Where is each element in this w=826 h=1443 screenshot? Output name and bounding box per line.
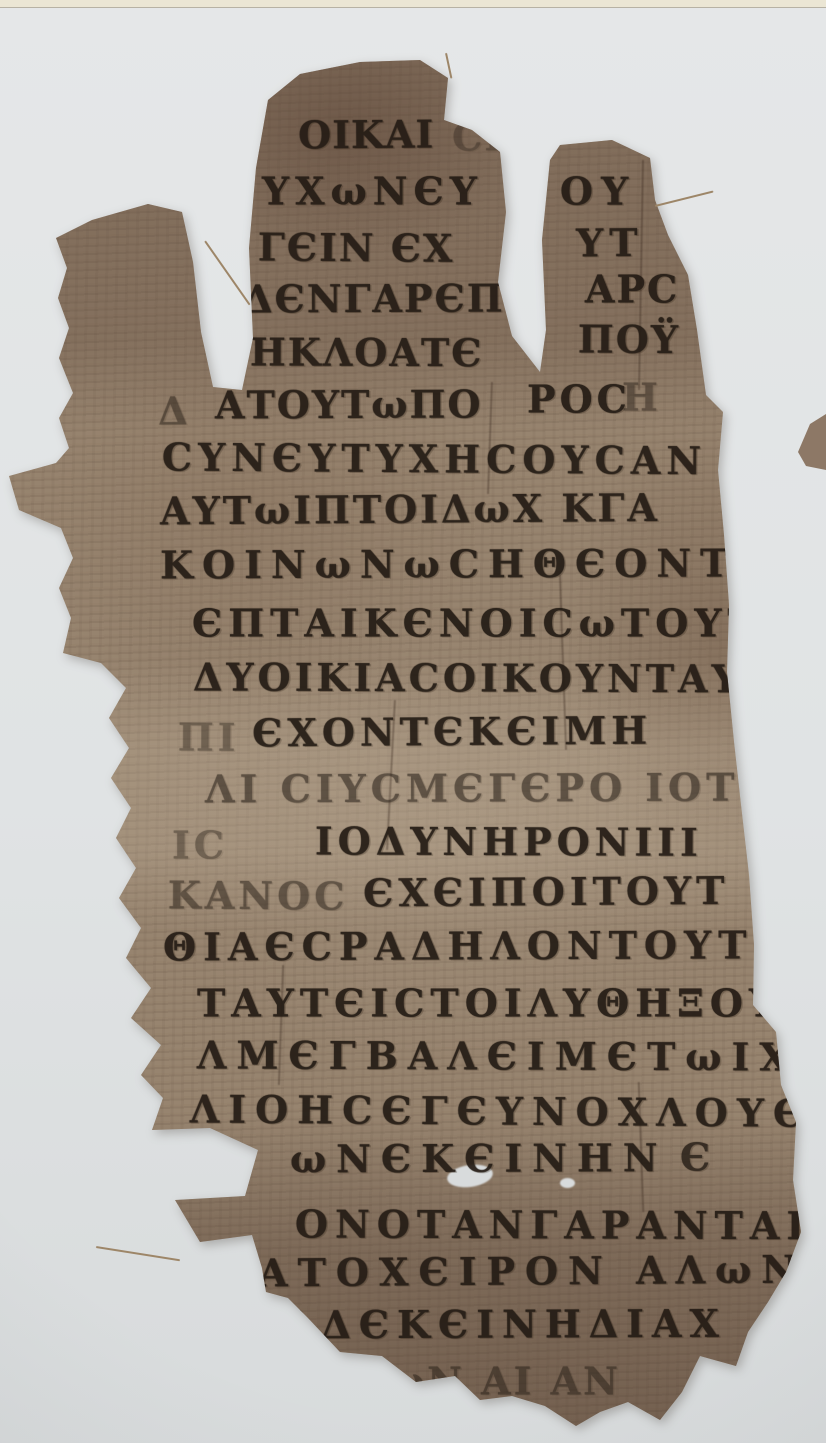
text-line-23: ΙC (172, 826, 228, 865)
text-line-20: ΠΙ (178, 718, 240, 757)
text-line-21: ЄΧΟΝΤЄΚЄΙΜΗ (252, 711, 652, 753)
text-line-37: ΙΑΔЄΚЄΙΝΗΔΙΑΧ (258, 1304, 727, 1344)
text-line-24: ΙΟΔΥΝΗΡΟΝΙΙΙ (315, 822, 703, 862)
text-line-4: ΟΥ (560, 172, 636, 211)
text-line-33: Є (680, 1138, 712, 1177)
text-line-18: ЄΠΤΑΙΚЄΝΟΙCωΤΟΥΤ (192, 604, 762, 643)
text-line-25: ΚΑΝΟC (168, 876, 349, 916)
text-line-30: ΛΙΟΗCЄΓЄΥΝΟΧΛΟΥЄ (190, 1090, 813, 1133)
text-line-10: ΠΟΫ (578, 320, 680, 359)
text-line-17: ΚΟΙΝωΝωCΗΘЄΟΝΤ (160, 544, 737, 585)
text-line-36: ΑΤΟΧЄΙΡΟΝ ΑΛωΝ (258, 1250, 806, 1293)
text-line-16: ΑΥΤωΙΠΤΟΙΔωΧ ΚΓΑ (160, 489, 660, 531)
text-line-32: ωΝЄΚЄΙΝΗΝ (290, 1139, 668, 1179)
text-line-7: ΔЄΝΓΑΡЄΠ (243, 279, 505, 319)
papyrus-fragment: ΟΙΚΑΙCΙΥΧωΝЄΥΟΥΓЄΙΝ ЄΧΥΤΔЄΝΓΑΡЄΠΑΡCΗΚΛΟΑ… (0, 0, 826, 1443)
text-line-31: ΙΙ (205, 1146, 249, 1185)
text-line-19: ΔΥΟΙΚΙΑCΟΙΚΟΥΝΤΑΥ (193, 658, 743, 699)
text-line-28: ΤΑΥΤЄΙCΤΟΙΛΥΘΗΞΟΥ (197, 984, 782, 1023)
text-line-2: CΙ (452, 118, 504, 157)
text-line-34: ΟΝΟΤΑΝΓΑΡΑΝΤΑΠΡ (295, 1205, 826, 1246)
text-line-8: ΑΡC (585, 270, 679, 309)
text-line-35: C (205, 1258, 238, 1297)
text-line-14: Η (622, 378, 660, 417)
text-line-12: ΑΤΟΥΤωΠΟ (215, 385, 483, 425)
text-line-27: ΘΙΑЄCΡΑΔΗΛΟΝΤΟΥΤ (163, 926, 754, 967)
papyrus-fragment-wrap: ΟΙΚΑΙCΙΥΧωΝЄΥΟΥΓЄΙΝ ЄΧΥΤΔЄΝΓΑΡЄΠΑΡCΗΚΛΟΑ… (0, 0, 826, 1443)
mount-strip (0, 0, 826, 8)
text-line-6: ΥΤ (576, 224, 644, 263)
text-line-15: CΥΝЄΥΤΥΧΗCΟΥCΑΝ (162, 438, 707, 481)
text-line-26: ЄΧЄΙΠΟΙΤΟΥΤ (363, 871, 730, 912)
text-line-29: ΛΜЄΓΒΑΛЄΙΜЄΤωΙΧ (197, 1036, 799, 1077)
text-line-9: ΗΚΛΟΑΤЄ (250, 333, 484, 373)
text-line-1: ΟΙΚΑΙ (298, 115, 434, 155)
text-line-22: ΛΙ CΙΥCΜЄΓЄΡΟ ΙΟΤ (205, 768, 740, 809)
text-line-13: ΡΟC (527, 380, 631, 419)
text-line-38: ΙΟΘωΝ ΑΙ ΑΝ (295, 1362, 621, 1401)
text-line-3: ΥΧωΝЄΥ (262, 172, 483, 211)
photo-canvas: ΟΙΚΑΙCΙΥΧωΝЄΥΟΥΓЄΙΝ ЄΧΥΤΔЄΝΓΑΡЄΠΑΡCΗΚΛΟΑ… (0, 0, 826, 1443)
text-line-5: ΓЄΙΝ ЄΧ (258, 228, 455, 268)
text-line-11: Δ (158, 392, 190, 431)
